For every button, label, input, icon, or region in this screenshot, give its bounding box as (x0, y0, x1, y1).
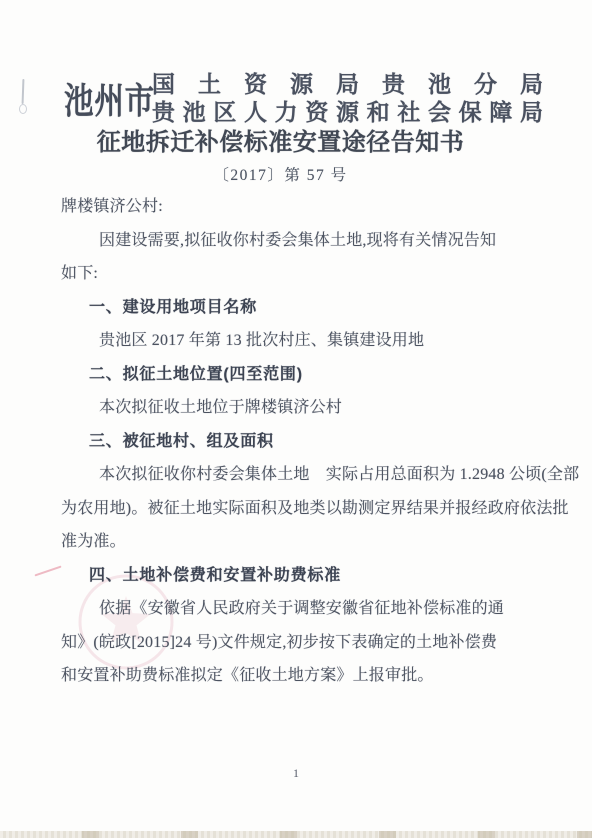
scan-bottom-edge-artifact (0, 831, 592, 838)
document-number: 〔2017〕第 57 号 (40, 163, 521, 185)
body-text-line: 贵池区 2017 年第 13 批次村庄、集镇建设用地 (61, 324, 541, 358)
body-text-line: 牌楼镇济公村: (61, 190, 541, 224)
body-text-line: 因建设需要,拟征收你村委会集体土地,现将有关情况告知 (61, 224, 541, 258)
issuer-agency-line1: 国土资源局贵池分局 (152, 70, 543, 98)
section-heading: 一、建设用地项目名称 (61, 291, 541, 325)
page-number: 1 (0, 766, 592, 781)
scanned-document-page: 池州市 国土资源局贵池分局 贵池区人力资源和社会保障局 征地拆迁补偿标准安置途径… (0, 0, 592, 838)
body-text-line: 知》(皖政[2015]24 号)文件规定,初步按下表确定的土地补偿费 (61, 626, 541, 660)
section-heading: 四、土地补偿费和安置补助费标准 (61, 559, 541, 593)
scan-scratch-artifact (22, 79, 25, 104)
body-text-line: 如下: (61, 257, 541, 291)
section-heading: 三、被征地村、组及面积 (61, 425, 541, 459)
body-text-line: 准为准。 (61, 525, 541, 559)
issuer-agencies: 国土资源局贵池分局 贵池区人力资源和社会保障局 (152, 70, 543, 126)
pink-pen-mark-artifact (34, 565, 61, 576)
body-text-line: 依据《安徽省人民政府关于调整安徽省征地补偿标准的通 (61, 592, 541, 626)
body-text-line: 为农用地)。被征土地实际面积及地类以勘测定界结果并报经政府依法批 (61, 492, 541, 526)
body-text-line: 本次拟征收你村委会集体土地 实际占用总面积为 1.2948 公顷(全部 (61, 458, 541, 492)
document-body: 牌楼镇济公村:因建设需要,拟征收你村委会集体土地,现将有关情况告知如下:一、建设… (61, 190, 541, 693)
document-title: 征地拆迁补偿标准安置途径告知书 (40, 127, 521, 159)
section-heading: 二、拟征土地位置(四至范围) (61, 358, 541, 392)
body-text-line: 本次拟征收土地位于牌楼镇济公村 (61, 391, 541, 425)
issuer-city-name: 池州市 (64, 79, 155, 123)
scan-ring-artifact (19, 104, 27, 114)
issuer-agency-line2: 贵池区人力资源和社会保障局 (152, 98, 543, 126)
body-text-line: 和安置补助费标准拟定《征收土地方案》上报审批。 (61, 659, 541, 693)
